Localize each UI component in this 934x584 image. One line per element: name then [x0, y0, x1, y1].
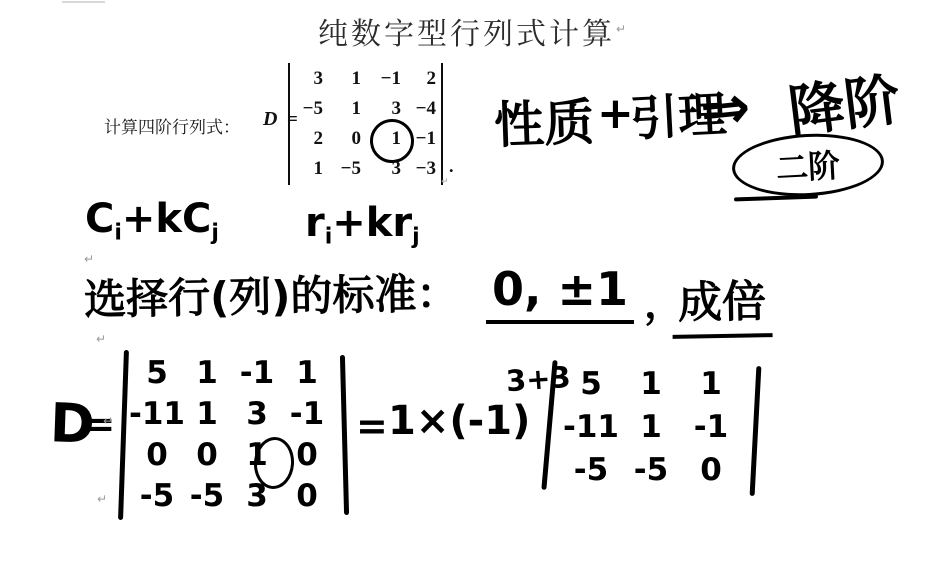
op-symbol: r — [392, 200, 412, 246]
matrix-cell: 1 — [196, 396, 218, 432]
top-crop-line — [62, 1, 105, 3]
criteria-values: 0, ±1 — [486, 262, 634, 324]
circled-note-text: 二阶 — [775, 140, 841, 189]
handwritten-determinant-4x4: 5 1 -1 1 -11 1 3 -1 0 0 1 0 -5 -5 3 0 — [130, 352, 330, 516]
matrix-cell: −1 — [416, 128, 439, 150]
matrix-cell: -5 — [140, 478, 174, 514]
criteria-label: 选择行(列)的标准： — [84, 261, 459, 328]
matrix-cell: -1 — [240, 355, 274, 391]
underline — [734, 195, 818, 202]
matrix-cell: −5 — [341, 158, 364, 180]
matrix-cell: 1 — [640, 366, 662, 402]
paragraph-mark-icon: ↵ — [96, 332, 106, 346]
op-subscript: j — [211, 221, 219, 246]
matrix-cell: 3 — [392, 98, 405, 120]
matrix-cell: 1 — [196, 355, 218, 391]
matrix-cell: 1 — [296, 355, 318, 391]
matrix-cell: -5 — [634, 452, 668, 488]
matrix-cell: 0 — [296, 478, 318, 514]
matrix-cell: 1 — [352, 98, 365, 120]
handwritten-determinant-3x3: 5 1 1 -11 1 -1 -5 -5 0 — [560, 362, 742, 491]
matrix-cell: 2 — [427, 68, 440, 90]
op-symbol: +k — [332, 200, 392, 246]
matrix-cell: −5 — [303, 98, 326, 120]
hint-left: 性质 — [493, 82, 595, 157]
matrix-cell: -11 — [563, 409, 619, 445]
matrix-cell: -1 — [694, 409, 728, 445]
paragraph-mark-icon: ↵ — [616, 22, 626, 36]
matrix-cell: 1 — [700, 366, 722, 402]
op-symbol: +k — [122, 196, 182, 242]
criteria-extra: 成倍 — [671, 265, 772, 339]
matrix-cell: 0 — [146, 437, 168, 473]
matrix-cell: 3 — [314, 68, 327, 90]
matrix-cell: 3 — [246, 396, 268, 432]
matrix-cell: 0 — [196, 437, 218, 473]
matrix-cell: 1 — [352, 68, 365, 90]
op-symbol: r — [305, 200, 325, 246]
calc-equals-2: = — [356, 404, 388, 448]
matrix-cell: -5 — [190, 478, 224, 514]
matrix-cell: -11 — [129, 396, 185, 432]
paragraph-mark-icon: ↵ — [97, 492, 107, 506]
op-subscript: j — [412, 225, 420, 250]
matrix-cell: -5 — [574, 452, 608, 488]
matrix-cell: −1 — [381, 68, 404, 90]
paragraph-mark-icon: ↵ — [441, 177, 449, 187]
op-symbol: C — [182, 196, 211, 242]
determinant-bar — [118, 350, 129, 520]
page-title: 纯数字型行列式计算 — [318, 9, 615, 53]
matrix-cell: 2 — [314, 128, 327, 150]
op-symbol: C — [85, 196, 114, 242]
sentence-period: . — [449, 156, 454, 177]
column-operation: Ci+kCj — [85, 196, 219, 246]
problem-label: 计算四阶行列式： — [104, 113, 240, 138]
implies-arrow-icon: ⇒ — [696, 72, 753, 147]
paragraph-mark-icon: ↵ — [103, 414, 113, 428]
matrix-cell: 5 — [146, 355, 168, 391]
matrix-cell: 0 — [352, 128, 365, 150]
printed-determinant: 3 1 −1 2 −5 1 3 −4 2 0 1 −1 1 −5 3 −3 — [288, 63, 443, 185]
matrix-cell: 0 — [700, 452, 722, 488]
row-operation: ri+krj — [305, 200, 420, 250]
matrix-cell: −3 — [416, 158, 439, 180]
document-page: 纯数字型行列式计算 ↵ 计算四阶行列式： D = 3 1 −1 2 −5 1 3… — [0, 0, 934, 584]
matrix-cell: 5 — [580, 366, 602, 402]
matrix-cell: 1 — [314, 158, 327, 180]
determinant-symbol: D — [263, 108, 277, 131]
paragraph-mark-icon: ↵ — [84, 252, 94, 266]
matrix-cell: 0 — [296, 437, 318, 473]
matrix-cell: 1 — [640, 409, 662, 445]
matrix-cell: -1 — [290, 396, 324, 432]
matrix-cell: −4 — [416, 98, 439, 120]
cofactor-factor: 1×(-1) — [388, 398, 530, 444]
op-subscript: i — [114, 221, 122, 246]
determinant-bar — [750, 366, 762, 496]
determinant-bar — [340, 355, 349, 515]
